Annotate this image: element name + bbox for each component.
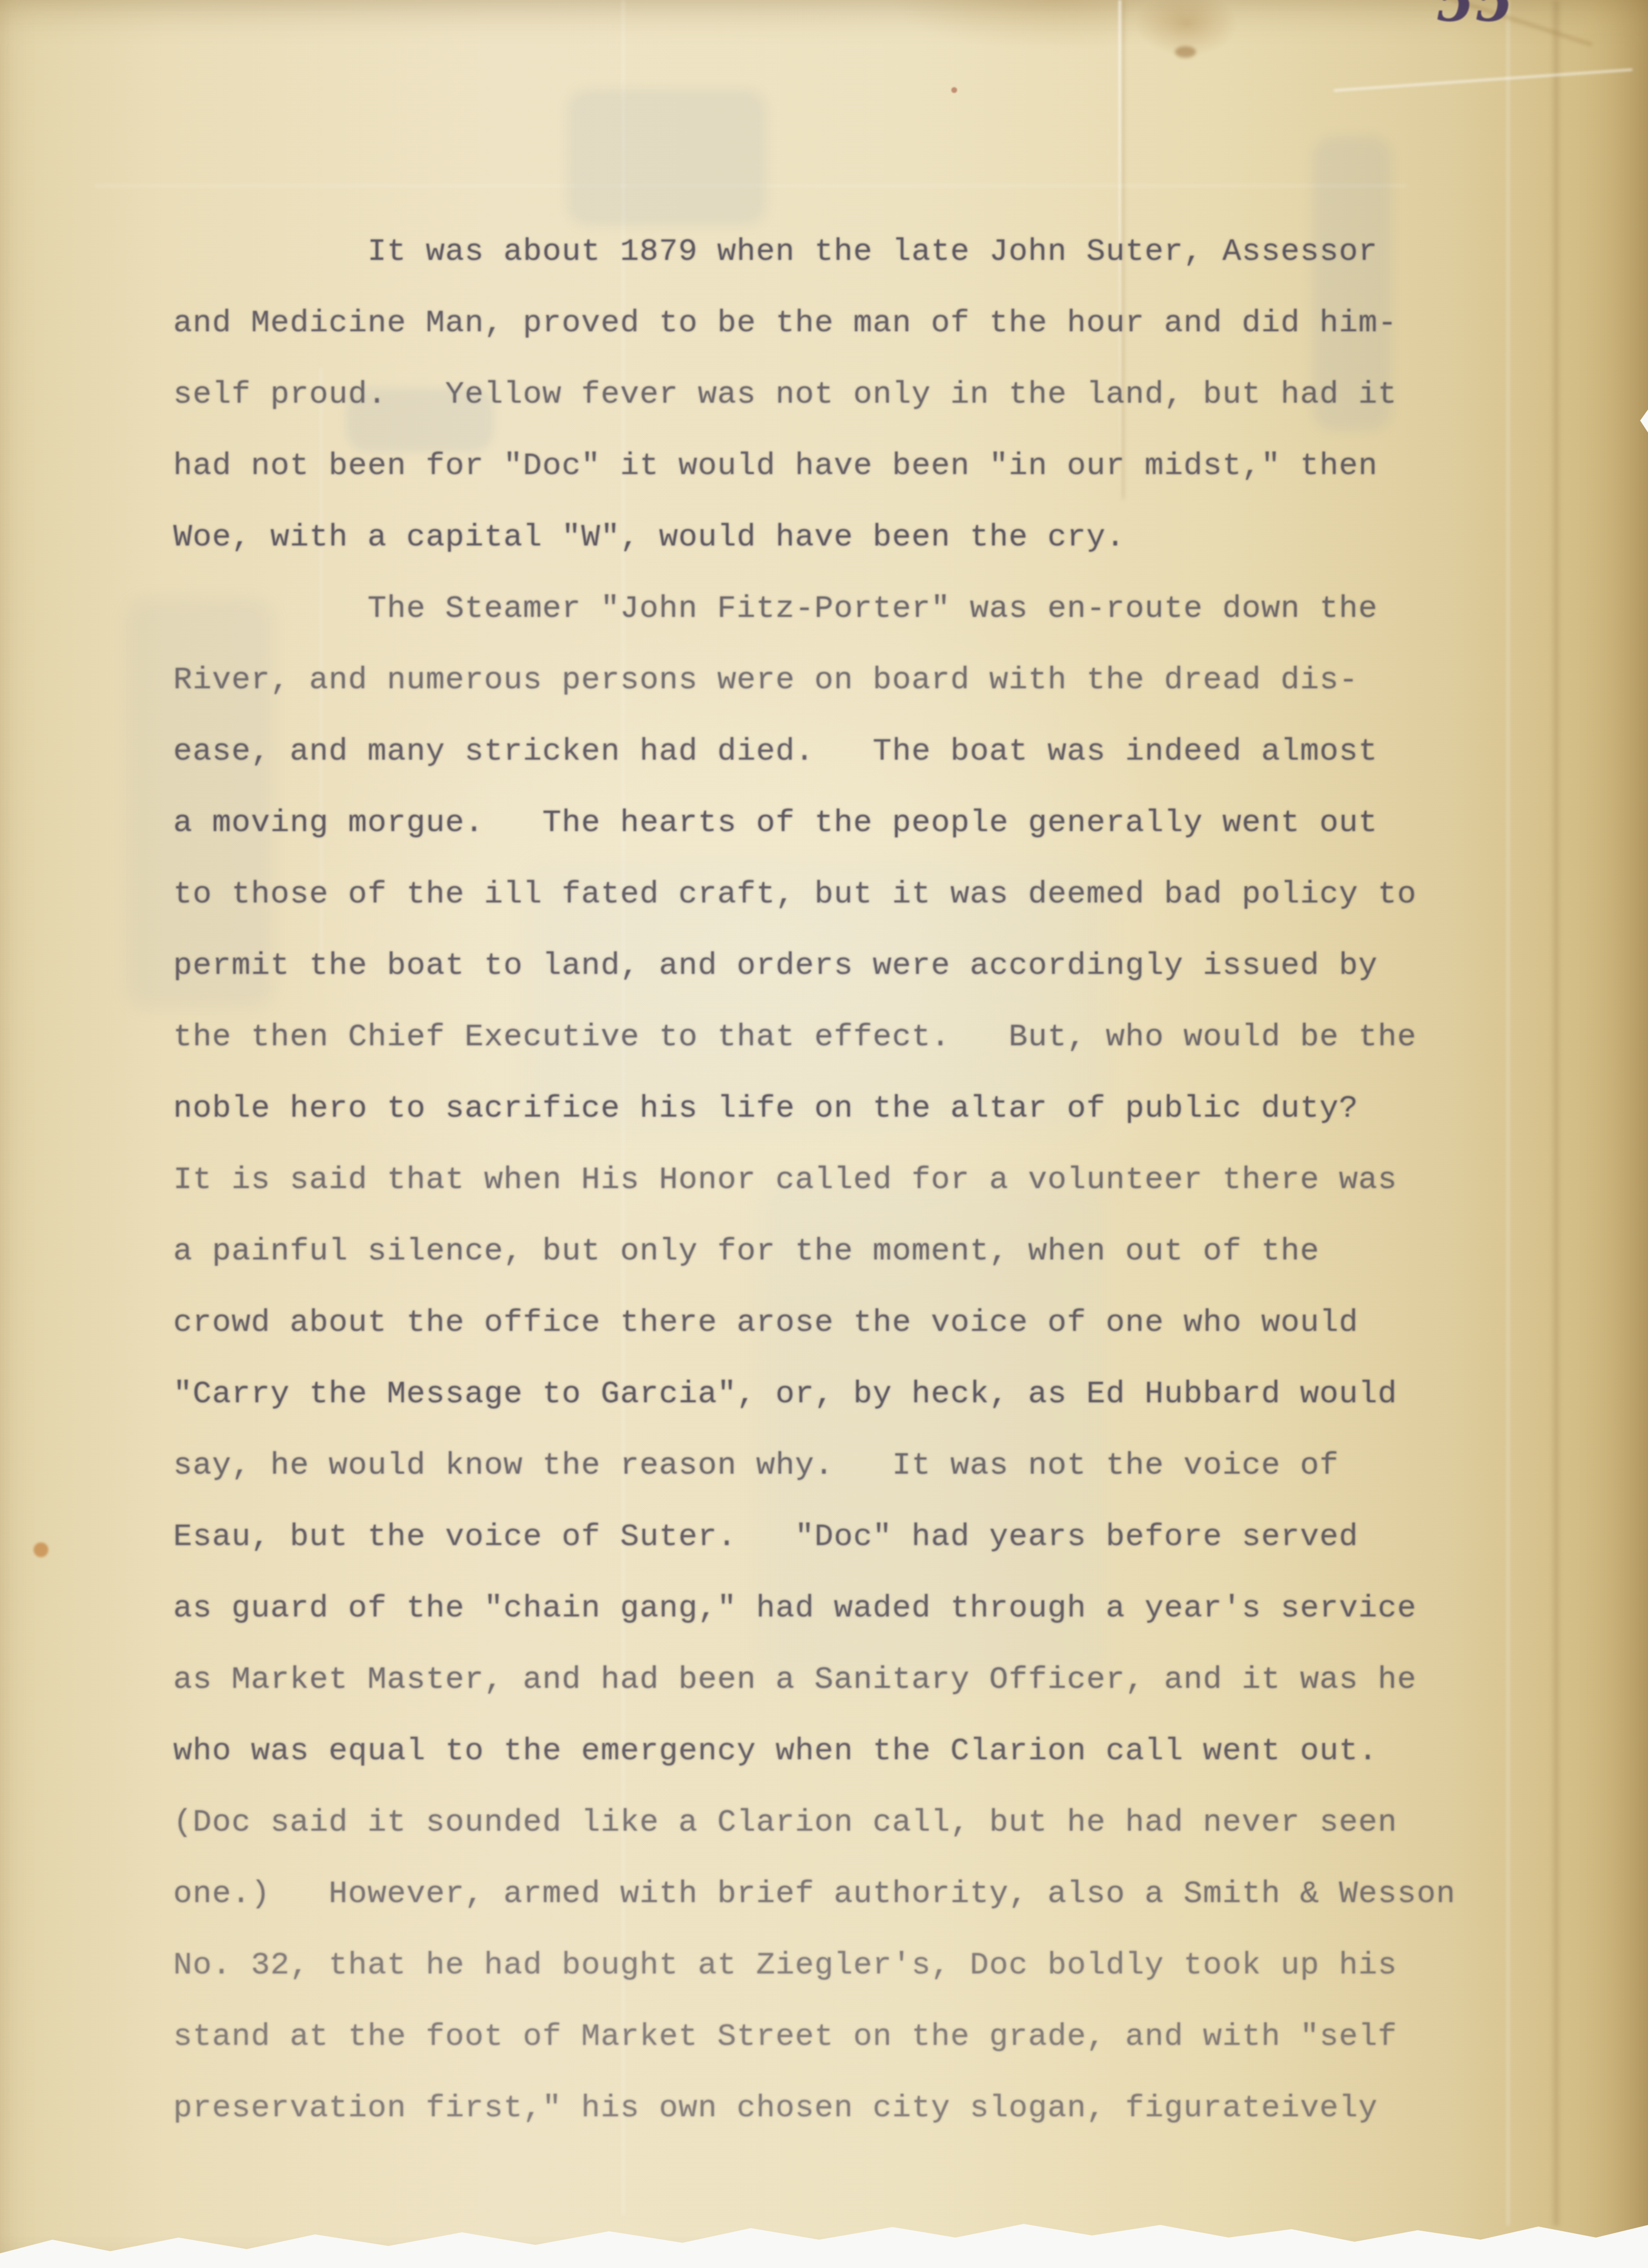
paper-sheet: 55 It was about 1879 when the late John … — [0, 0, 1648, 2268]
text-line: Esau, but the voice of Suter. "Doc" had … — [173, 1501, 1528, 1573]
text-line: to those of the ill fated craft, but it … — [173, 859, 1528, 930]
text-line: stand at the foot of Market Street on th… — [173, 2001, 1528, 2073]
text-line: ease, and many stricken had died. The bo… — [173, 716, 1528, 787]
text-line: preservation first," his own chosen city… — [173, 2073, 1528, 2144]
ink-speck — [951, 87, 957, 93]
horizontal-crease — [95, 185, 1407, 187]
text-line: as Market Master, and had been a Sanitar… — [173, 1644, 1528, 1716]
text-line: as guard of the "chain gang," had waded … — [173, 1573, 1528, 1644]
text-line: "Carry the Message to Garcia", or, by he… — [173, 1359, 1528, 1430]
text-line: and Medicine Man, proved to be the man o… — [173, 288, 1528, 359]
text-line: a moving morgue. The hearts of the peopl… — [173, 787, 1528, 859]
text-line: Woe, with a capital "W", would have been… — [173, 502, 1528, 573]
text-line: the then Chief Executive to that effect.… — [173, 1002, 1528, 1073]
text-line: a painful silence, but only for the mome… — [173, 1216, 1528, 1287]
horizontal-crease — [1334, 68, 1633, 92]
text-line: It is said that when His Honor called fo… — [173, 1144, 1528, 1216]
text-line: River, and numerous persons were on boar… — [173, 645, 1528, 716]
text-line: permit the boat to land, and orders were… — [173, 930, 1528, 1002]
text-line: It was about 1879 when the late John Sut… — [173, 216, 1528, 288]
text-line: crowd about the office there arose the v… — [173, 1287, 1528, 1359]
rust-stain — [34, 1542, 48, 1557]
text-line: (Doc said it sounded like a Clarion call… — [173, 1787, 1528, 1858]
text-line: say, he would know the reason why. It wa… — [173, 1430, 1528, 1501]
text-line: who was equal to the emergency when the … — [173, 1716, 1528, 1787]
typewritten-text-block: It was about 1879 when the late John Sut… — [173, 216, 1528, 2144]
right-edge-fold-shadow — [1553, 0, 1559, 2226]
handwritten-page-number: 55 — [1436, 0, 1515, 34]
text-line: No. 32, that he had bought at Ziegler's,… — [173, 1930, 1528, 2001]
text-line: noble hero to sacrifice his life on the … — [173, 1073, 1528, 1144]
fold-stain — [1175, 46, 1196, 58]
text-line: one.) However, armed with brief authorit… — [173, 1858, 1528, 1930]
diagonal-crease — [1232, 0, 1592, 47]
text-line: had not been for "Doc" it would have bee… — [173, 430, 1528, 502]
ink-bleedthrough — [567, 89, 767, 226]
text-line: The Steamer "John Fitz-Porter" was en-ro… — [173, 573, 1528, 645]
text-line: self proud. Yellow fever was not only in… — [173, 359, 1528, 430]
